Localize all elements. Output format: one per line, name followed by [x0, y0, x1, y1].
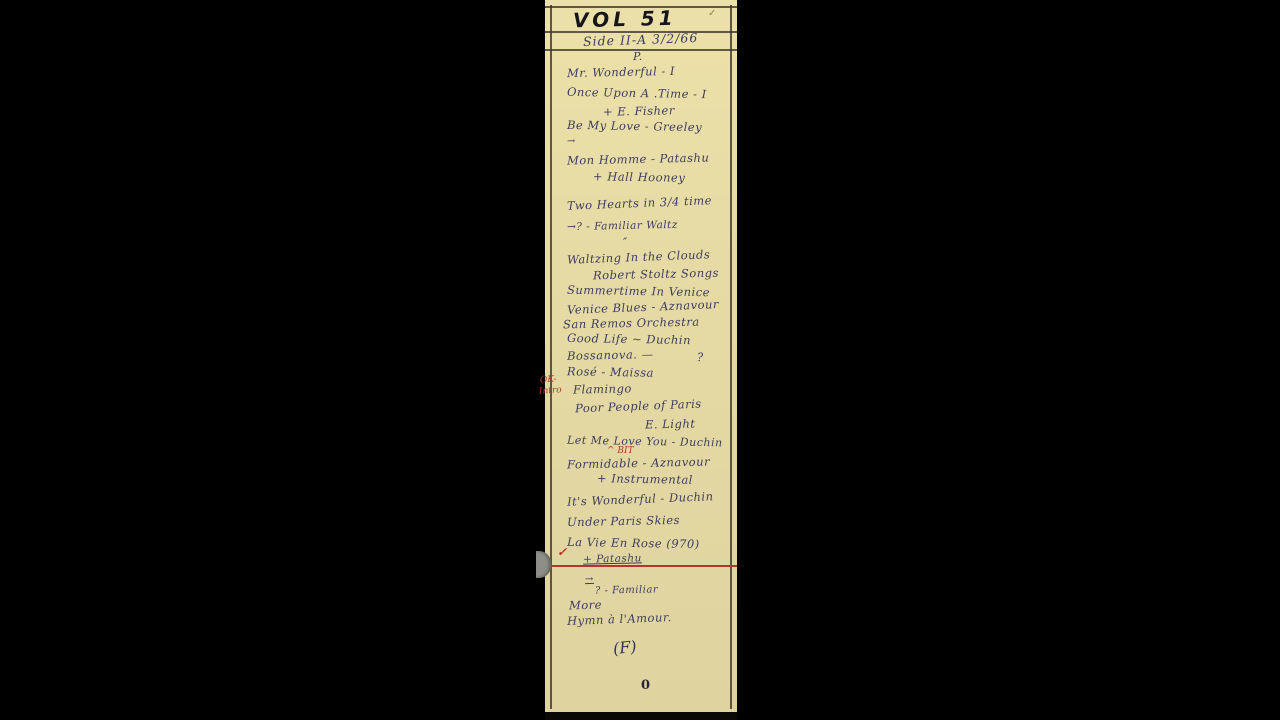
song-entry: More: [569, 598, 602, 613]
song-entry: + E. Fisher: [603, 103, 675, 118]
song-entry: Mr. Wonderful - I: [567, 64, 675, 80]
margin-rule-right: [730, 5, 732, 709]
margin-rule-left: [550, 5, 552, 709]
volume-label: VOL 51: [573, 6, 677, 33]
red-checkmark-icon: ✓: [557, 545, 567, 559]
ditto-mark: ″: [623, 235, 628, 249]
song-entry: Summertime In Venice: [567, 283, 710, 299]
song-entry: Rosé - Maissa: [567, 364, 654, 380]
finale-mark: (F): [612, 637, 637, 658]
red-margin-note: Intro: [539, 385, 562, 397]
question-mark: ?: [697, 350, 704, 364]
song-entry: Be My Love - Greeley: [567, 118, 702, 134]
clip-artifact: [536, 551, 551, 578]
song-entry: Hymn à l'Amour.: [567, 610, 672, 628]
zero-mark: 0: [641, 678, 650, 693]
song-entry: Mon Homme - Patashu: [567, 151, 710, 168]
song-entry: + Hall Hooney: [593, 169, 686, 185]
song-entry: Poor People of Paris: [575, 397, 702, 416]
song-entry: Flamingo: [573, 381, 632, 396]
page-mark: P.: [633, 50, 643, 63]
song-entry: Good Life ~ Duchin: [567, 331, 691, 347]
song-entry: + Instrumental: [597, 471, 693, 487]
arrow-mark-icon: →: [567, 136, 576, 147]
song-entry: Two Hearts in 3/4 time: [567, 193, 712, 213]
song-entry: San Remos Orchestra: [563, 315, 700, 332]
side-and-date-label: Side II-A 3/2/66: [583, 30, 699, 49]
song-entry: It's Wonderful - Duchin: [567, 489, 714, 509]
song-entry: ? - Familiar: [595, 584, 658, 596]
video-frame: VOL 51 ✓ Side II-A 3/2/66 P. Mr. Wonderf…: [0, 0, 1280, 720]
song-entry: La Vie En Rose (970): [567, 535, 700, 551]
song-entry: →? - Familiar Waltz: [567, 219, 678, 233]
scanned-tape-log-sheet: VOL 51 ✓ Side II-A 3/2/66 P. Mr. Wonderf…: [545, 0, 737, 712]
arrow-mark-icon: →: [585, 574, 594, 585]
song-entry: + Patashu: [583, 552, 642, 565]
red-margin-note: OK-: [540, 374, 557, 385]
song-entry: Robert Stoltz Songs: [593, 266, 719, 283]
red-divider-line: [545, 565, 737, 567]
red-insert-note: ^ BIT: [607, 446, 634, 456]
checkmark-icon: ✓: [708, 8, 716, 19]
paper-bottom-edge: [545, 712, 737, 720]
song-entry: Under Paris Skies: [567, 513, 680, 529]
song-entry: Let Me Love You - Duchin: [567, 434, 723, 450]
song-entry: Waltzing In the Clouds: [567, 247, 711, 266]
song-entry: Once Upon A .Time - I: [567, 85, 707, 101]
song-entry: Formidable - Aznavour: [567, 455, 710, 472]
song-entry: Bossanova. —: [567, 347, 654, 363]
song-entry: E. Light: [645, 416, 696, 431]
